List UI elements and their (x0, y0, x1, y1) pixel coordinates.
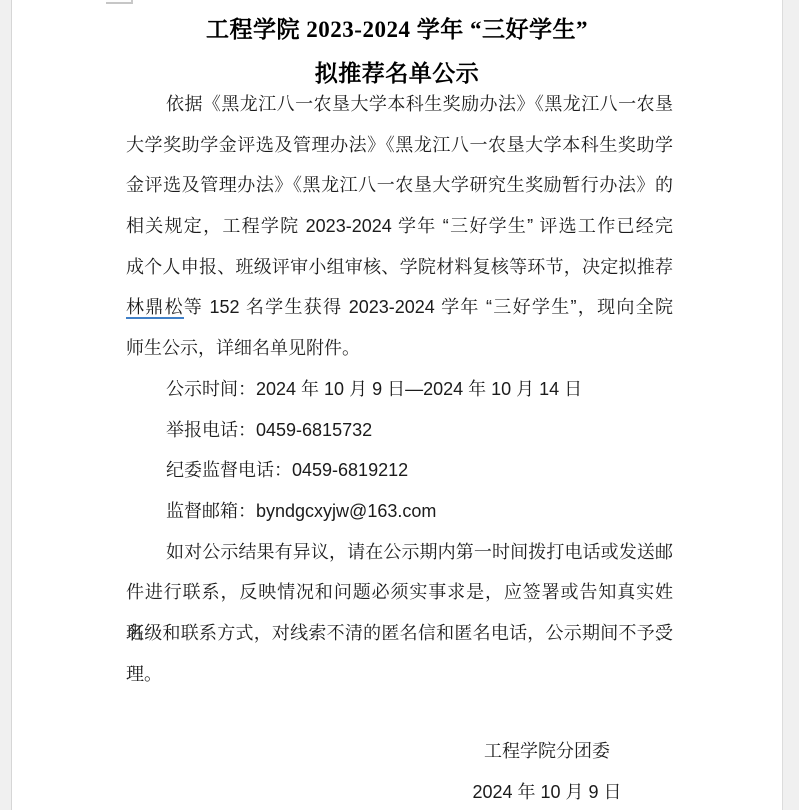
cropped-ui-fragment (106, 0, 133, 4)
document-viewer-background: 工程学院 2023-2024 学年 “三好学生” 拟推荐名单公示 依据《黑龙江八… (0, 0, 799, 810)
signature-org: 工程学院分团委 (407, 731, 687, 772)
supervision-email-line: 监督邮箱：byndgcxyjw@163.com (126, 491, 673, 532)
paragraph-line: 大学奖助学金评选及管理办法》《黑龙江八一农垦大学本科生奖助学 (126, 125, 673, 166)
screen: { "document": { "title_line1": "工程学院 202… (0, 0, 799, 810)
underlined-name: 林鼎松 (126, 297, 184, 319)
document-title-line-1: 工程学院 2023-2024 学年 “三好学生” (12, 8, 782, 52)
signature-date: 2024 年 10 月 9 日 (407, 772, 687, 810)
paragraph-line: 成个人申报、班级评审小组审核、学院材料复核等环节，决定拟推荐 (126, 247, 673, 288)
paragraph-line: 相关规定，工程学院 2023-2024 学年 “三好学生” 评选工作已经完 (126, 206, 673, 247)
paragraph-line: 班级和联系方式，对线索不清的匿名信和匿名电话，公示期间不予受 (126, 613, 673, 654)
discipline-phone-line: 纪委监督电话：0459-6819212 (126, 450, 673, 491)
document-body: 依据《黑龙江八一农垦大学本科生奖励办法》《黑龙江八一农垦 大学奖助学金评选及管理… (126, 84, 673, 694)
document-page: 工程学院 2023-2024 学年 “三好学生” 拟推荐名单公示 依据《黑龙江八… (11, 0, 783, 810)
paragraph-line: 件进行联系，反映情况和问题必须实事求是，应签署或告知真实姓名、 (126, 572, 673, 613)
publicity-period-line: 公示时间：2024 年 10 月 9 日—2024 年 10 月 14 日 (126, 369, 673, 410)
paragraph-line-with-name: 林鼎松等 152 名学生获得 2023-2024 学年 “三好学生”，现向全院 (126, 287, 673, 328)
paragraph-line: 如对公示结果有异议，请在公示期内第一时间拨打电话或发送邮 (126, 532, 673, 573)
paragraph-line: 理。 (126, 654, 673, 695)
paragraph-line: 师生公示，详细名单见附件。 (126, 328, 673, 369)
line-rest-text: 等 152 名学生获得 2023-2024 学年 “三好学生”，现向全院 (184, 297, 673, 317)
paragraph-line: 依据《黑龙江八一农垦大学本科生奖励办法》《黑龙江八一农垦 (126, 84, 673, 125)
report-phone-line: 举报电话：0459-6815732 (126, 410, 673, 451)
signature-block: 工程学院分团委 2024 年 10 月 9 日 (407, 731, 687, 810)
paragraph-line: 金评选及管理办法》《黑龙江八一农垦大学研究生奖励暂行办法》的 (126, 165, 673, 206)
title-block: 工程学院 2023-2024 学年 “三好学生” 拟推荐名单公示 (12, 8, 782, 96)
